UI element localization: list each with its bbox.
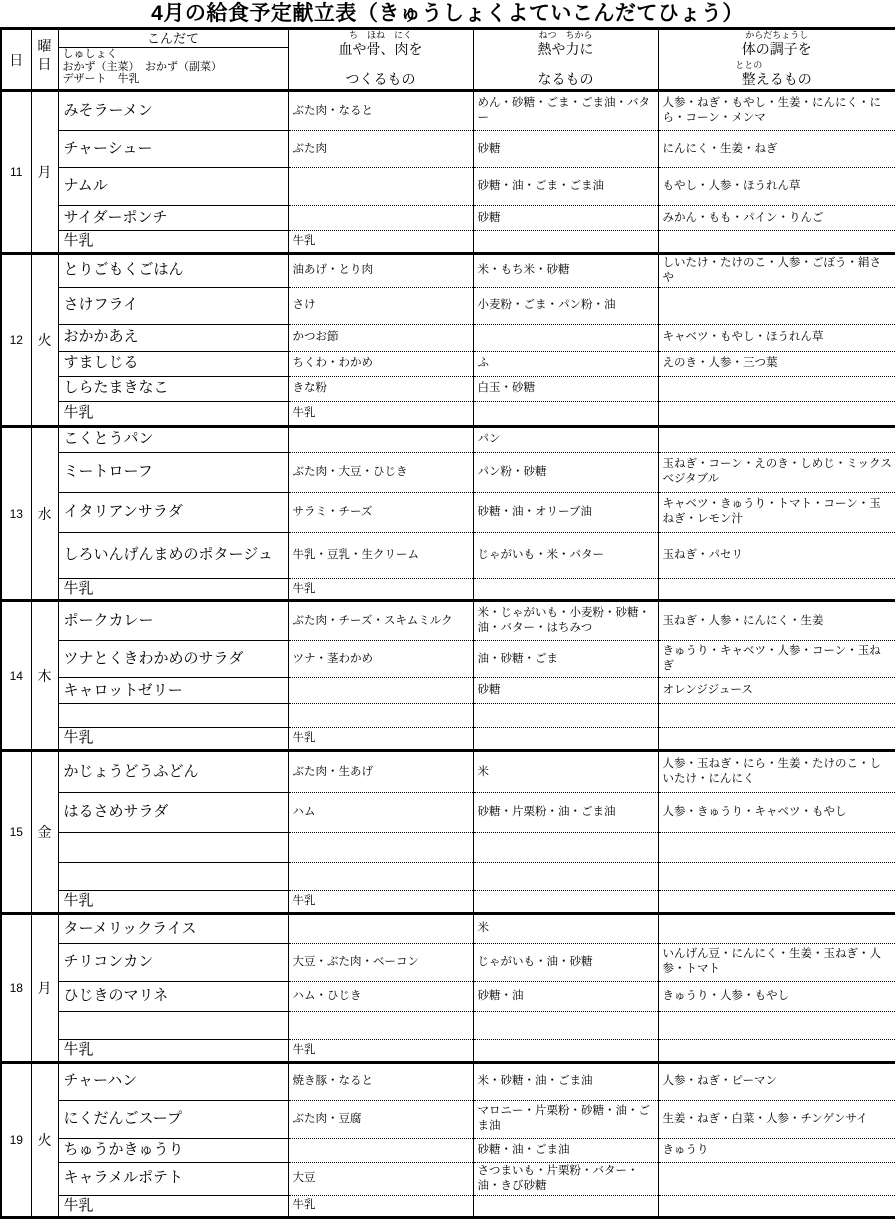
page-title: 4月の給食予定献立表（きゅうしょくよていこんだてひょう）: [0, 0, 895, 27]
menu-cell: とりごもくごはん: [58, 253, 288, 287]
menu-cell: [58, 863, 288, 891]
protein-cell: [288, 206, 473, 231]
energy-cell: 砂糖・油・オリーブ油: [473, 492, 658, 532]
menu-cell: キャラメルポテト: [58, 1162, 288, 1195]
menu-cell: イタリアンサラダ: [58, 492, 288, 532]
day-cell: 19: [1, 1062, 31, 1218]
vegetable-cell: きゅうり・人参・もやし: [658, 981, 895, 1011]
menu-cell: [58, 704, 288, 728]
vegetable-cell: しいたけ・たけのこ・人参・ごぼう・絹さや: [658, 253, 895, 287]
menu-table-body: 11月みそラーメンぶた肉・なるとめん・砂糖・ごま・ごま油・バター人参・ねぎ・もや…: [1, 91, 895, 1218]
menu-cell: さけフライ: [58, 287, 288, 324]
header-row: 日 曜日 こんだて しゅしょく おかず（主菜） おかず（副菜） デザート 牛乳: [1, 29, 895, 91]
vegetable-cell: [658, 1039, 895, 1062]
menu-cell: 牛乳: [58, 401, 288, 426]
menu-cell: ミートローフ: [58, 452, 288, 492]
energy-cell: パン: [473, 426, 658, 452]
weekday-cell: 水: [31, 426, 58, 601]
table-row: 牛乳牛乳: [1, 728, 895, 751]
menu-cell: チャーハン: [58, 1062, 288, 1100]
menu-cell: しろいんげんまめのポタージュ: [58, 532, 288, 578]
energy-cell: マロニー・片栗粉・砂糖・油・ごま油: [473, 1100, 658, 1138]
table-row: 18月ターメリックライス米: [1, 913, 895, 943]
menu-cell: チャーシュー: [58, 131, 288, 168]
protein-cell: ツナ・茎わかめ: [288, 641, 473, 678]
vegetable-cell: [658, 376, 895, 401]
table-row: サイダーポンチ砂糖みかん・もも・パイン・りんご: [1, 206, 895, 231]
protein-cell: 牛乳: [288, 1195, 473, 1218]
menu-cell: キャロットゼリー: [58, 678, 288, 704]
energy-cell: [473, 401, 658, 426]
vegetable-cell: 生姜・ねぎ・白菜・人参・チンゲンサイ: [658, 1100, 895, 1138]
menu-cell: ナムル: [58, 168, 288, 206]
table-row: はるさめサラダハム砂糖・片栗粉・油・ごま油人参・きゅうり・キャベツ・もやし: [1, 793, 895, 833]
energy-cell: [473, 324, 658, 351]
menu-cell: みそラーメン: [58, 91, 288, 131]
header-day: 日: [1, 29, 31, 91]
protein-cell: サラミ・チーズ: [288, 492, 473, 532]
header-menu-title: こんだて: [59, 30, 288, 48]
protein-cell: [288, 168, 473, 206]
table-row: 牛乳牛乳: [1, 231, 895, 254]
header-weekday-label: 曜日: [36, 30, 52, 73]
table-row: 牛乳牛乳: [1, 1039, 895, 1062]
menu-cell: ツナとくきわかめのサラダ: [58, 641, 288, 678]
energy-cell: じゃがいも・米・バター: [473, 532, 658, 578]
menu-cell: しらたまきなこ: [58, 376, 288, 401]
protein-cell: 牛乳: [288, 1039, 473, 1062]
table-row: ちゅうかきゅうり砂糖・油・ごま油きゅうり: [1, 1138, 895, 1162]
header-menu-sub-dessert: デザート 牛乳: [63, 73, 288, 86]
table-row: キャロットゼリー砂糖オレンジジュース: [1, 678, 895, 704]
protein-cell: ハム: [288, 793, 473, 833]
header-vegetable-line1: 体の調子を: [659, 41, 895, 57]
table-row: ナムル砂糖・油・ごま・ごま油もやし・人参・ほうれん草: [1, 168, 895, 206]
table-row: 牛乳牛乳: [1, 578, 895, 601]
protein-cell: ぶた肉・生あげ: [288, 751, 473, 793]
protein-cell: 油あげ・とり肉: [288, 253, 473, 287]
menu-cell: ターメリックライス: [58, 913, 288, 943]
table-row: 13水こくとうパンパン: [1, 426, 895, 452]
energy-cell: ふ: [473, 351, 658, 376]
vegetable-cell: [658, 1162, 895, 1195]
table-row: さけフライさけ小麦粉・ごま・パン粉・油: [1, 287, 895, 324]
energy-cell: 砂糖・油・ごま油: [473, 1138, 658, 1162]
protein-cell: ぶた肉: [288, 131, 473, 168]
header-vegetable-line2: 整えるもの: [659, 71, 895, 87]
energy-cell: [473, 891, 658, 914]
table-row: チリコンカン大豆・ぶた肉・ベーコンじゃがいも・油・砂糖いんげん豆・にんにく・生姜…: [1, 943, 895, 981]
vegetable-cell: 人参・ねぎ・もやし・生姜・にんにく・にら・コーン・メンマ: [658, 91, 895, 131]
vegetable-cell: [658, 231, 895, 254]
header-vegetable-furigana2: ととの: [658, 61, 867, 71]
protein-cell: ぶた肉・豆腐: [288, 1100, 473, 1138]
vegetable-cell: [658, 891, 895, 914]
energy-cell: 小麦粉・ごま・パン粉・油: [473, 287, 658, 324]
menu-cell: 牛乳: [58, 231, 288, 254]
vegetable-cell: 人参・きゅうり・キャベツ・もやし: [658, 793, 895, 833]
menu-cell: サイダーポンチ: [58, 206, 288, 231]
table-row: [1, 1011, 895, 1039]
vegetable-cell: きゅうり・キャベツ・人参・コーン・玉ねぎ: [658, 641, 895, 678]
protein-cell: [288, 1011, 473, 1039]
table-row: [1, 704, 895, 728]
table-row: 11月みそラーメンぶた肉・なるとめん・砂糖・ごま・ごま油・バター人参・ねぎ・もや…: [1, 91, 895, 131]
energy-cell: [473, 578, 658, 601]
protein-cell: ぶた肉・大豆・ひじき: [288, 452, 473, 492]
energy-cell: パン粉・砂糖: [473, 452, 658, 492]
header-energy-line1: 熱や力に: [474, 41, 658, 57]
protein-cell: [288, 704, 473, 728]
table-row: にくだんごスープぶた肉・豆腐マロニー・片栗粉・砂糖・油・ごま油生姜・ねぎ・白菜・…: [1, 1100, 895, 1138]
weekday-cell: 火: [31, 253, 58, 426]
weekday-cell: 金: [31, 751, 58, 914]
vegetable-cell: [658, 1011, 895, 1039]
protein-cell: 牛乳: [288, 231, 473, 254]
energy-cell: 砂糖: [473, 131, 658, 168]
protein-cell: 牛乳: [288, 728, 473, 751]
vegetable-cell: 玉ねぎ・パセリ: [658, 532, 895, 578]
menu-cell: [58, 833, 288, 863]
protein-cell: 牛乳・豆乳・生クリーム: [288, 532, 473, 578]
energy-cell: [473, 231, 658, 254]
energy-cell: さつまいも・片栗粉・バター・油・きび砂糖: [473, 1162, 658, 1195]
energy-cell: [473, 704, 658, 728]
menu-cell: おかかあえ: [58, 324, 288, 351]
vegetable-cell: みかん・もも・パイン・りんご: [658, 206, 895, 231]
vegetable-cell: [658, 833, 895, 863]
weekday-cell: 月: [31, 913, 58, 1062]
protein-cell: [288, 833, 473, 863]
header-energy-furigana: ねつ ちから: [474, 31, 658, 41]
vegetable-cell: 人参・玉ねぎ・にら・生姜・たけのこ・しいたけ・にんにく: [658, 751, 895, 793]
vegetable-cell: [658, 426, 895, 452]
day-cell: 13: [1, 426, 31, 601]
table-header: 日 曜日 こんだて しゅしょく おかず（主菜） おかず（副菜） デザート 牛乳: [1, 29, 895, 91]
protein-cell: ちくわ・わかめ: [288, 351, 473, 376]
energy-cell: 米・じゃがいも・小麦粉・砂糖・油・バター・はちみつ: [473, 601, 658, 641]
table-row: すましじるちくわ・わかめふえのき・人参・三つ葉: [1, 351, 895, 376]
energy-cell: [473, 728, 658, 751]
weekday-cell: 月: [31, 91, 58, 254]
protein-cell: きな粉: [288, 376, 473, 401]
energy-cell: 砂糖・油・ごま・ごま油: [473, 168, 658, 206]
energy-cell: 砂糖: [473, 678, 658, 704]
menu-table: 日 曜日 こんだて しゅしょく おかず（主菜） おかず（副菜） デザート 牛乳: [0, 27, 895, 1219]
menu-cell: 牛乳: [58, 1039, 288, 1062]
energy-cell: [473, 1195, 658, 1218]
table-row: [1, 833, 895, 863]
vegetable-cell: えのき・人参・三つ葉: [658, 351, 895, 376]
table-row: 19火チャーハン焼き豚・なると米・砂糖・油・ごま油人参・ねぎ・ピーマン: [1, 1062, 895, 1100]
vegetable-cell: [658, 287, 895, 324]
table-row: しらたまきなこきな粉白玉・砂糖: [1, 376, 895, 401]
vegetable-cell: [658, 704, 895, 728]
header-menu: こんだて しゅしょく おかず（主菜） おかず（副菜） デザート 牛乳: [58, 29, 288, 91]
menu-cell: すましじる: [58, 351, 288, 376]
table-row: 牛乳牛乳: [1, 1195, 895, 1218]
table-row: 14木ポークカレーぶた肉・チーズ・スキムミルク米・じゃがいも・小麦粉・砂糖・油・…: [1, 601, 895, 641]
protein-cell: [288, 863, 473, 891]
energy-cell: 米・砂糖・油・ごま油: [473, 1062, 658, 1100]
protein-cell: [288, 678, 473, 704]
protein-cell: 大豆: [288, 1162, 473, 1195]
vegetable-cell: きゅうり: [658, 1138, 895, 1162]
protein-cell: ハム・ひじき: [288, 981, 473, 1011]
table-row: イタリアンサラダサラミ・チーズ砂糖・油・オリーブ油キャベツ・きゅうり・トマト・コ…: [1, 492, 895, 532]
day-cell: 15: [1, 751, 31, 914]
day-cell: 12: [1, 253, 31, 426]
energy-cell: 米: [473, 751, 658, 793]
menu-cell: 牛乳: [58, 1195, 288, 1218]
header-energy-line2: なるもの: [474, 71, 658, 87]
day-cell: 11: [1, 91, 31, 254]
energy-cell: 砂糖・油: [473, 981, 658, 1011]
protein-cell: ぶた肉・なると: [288, 91, 473, 131]
day-cell: 14: [1, 601, 31, 751]
header-energy: ねつ ちから 熱や力に なるもの: [473, 29, 658, 91]
menu-cell: ちゅうかきゅうり: [58, 1138, 288, 1162]
energy-cell: [473, 833, 658, 863]
menu-cell: チリコンカン: [58, 943, 288, 981]
energy-cell: [473, 1011, 658, 1039]
protein-cell: [288, 426, 473, 452]
header-vegetable: からだちょうし 体の調子を ととの 整えるもの: [658, 29, 895, 91]
header-menu-sub-okazu: おかず（主菜） おかず（副菜）: [63, 61, 288, 74]
energy-cell: めん・砂糖・ごま・ごま油・バター: [473, 91, 658, 131]
energy-cell: [473, 863, 658, 891]
protein-cell: かつお節: [288, 324, 473, 351]
protein-cell: 牛乳: [288, 578, 473, 601]
vegetable-cell: [658, 728, 895, 751]
protein-cell: [288, 1138, 473, 1162]
vegetable-cell: 玉ねぎ・コーン・えのき・しめじ・ミックスベジタブル: [658, 452, 895, 492]
table-row: しろいんげんまめのポタージュ牛乳・豆乳・生クリームじゃがいも・米・バター玉ねぎ・…: [1, 532, 895, 578]
table-row: 牛乳牛乳: [1, 401, 895, 426]
table-row: ミートローフぶた肉・大豆・ひじきパン粉・砂糖玉ねぎ・コーン・えのき・しめじ・ミッ…: [1, 452, 895, 492]
vegetable-cell: [658, 1195, 895, 1218]
energy-cell: じゃがいも・油・砂糖: [473, 943, 658, 981]
header-menu-sub-staple: しゅしょく: [63, 48, 288, 61]
weekday-cell: 火: [31, 1062, 58, 1218]
header-protein-furigana: ち ほね にく: [289, 31, 473, 41]
vegetable-cell: [658, 401, 895, 426]
protein-cell: ぶた肉・チーズ・スキムミルク: [288, 601, 473, 641]
table-row: チャーシューぶた肉砂糖にんにく・生姜・ねぎ: [1, 131, 895, 168]
table-row: キャラメルポテト大豆さつまいも・片栗粉・バター・油・きび砂糖: [1, 1162, 895, 1195]
header-protein: ち ほね にく 血や骨、肉を つくるもの: [288, 29, 473, 91]
table-row: 12火とりごもくごはん油あげ・とり肉米・もち米・砂糖しいたけ・たけのこ・人参・ご…: [1, 253, 895, 287]
table-row: ツナとくきわかめのサラダツナ・茎わかめ油・砂糖・ごまきゅうり・キャベツ・人参・コ…: [1, 641, 895, 678]
vegetable-cell: [658, 863, 895, 891]
vegetable-cell: もやし・人参・ほうれん草: [658, 168, 895, 206]
vegetable-cell: [658, 913, 895, 943]
menu-cell: 牛乳: [58, 728, 288, 751]
energy-cell: 砂糖: [473, 206, 658, 231]
table-row: ひじきのマリネハム・ひじき砂糖・油きゅうり・人参・もやし: [1, 981, 895, 1011]
menu-cell: [58, 1011, 288, 1039]
table-row: 15金かじょうどうふどんぶた肉・生あげ米人参・玉ねぎ・にら・生姜・たけのこ・しい…: [1, 751, 895, 793]
menu-cell: ポークカレー: [58, 601, 288, 641]
header-protein-line1: 血や骨、肉を: [289, 41, 473, 57]
energy-cell: 油・砂糖・ごま: [473, 641, 658, 678]
menu-cell: はるさめサラダ: [58, 793, 288, 833]
protein-cell: [288, 913, 473, 943]
menu-cell: 牛乳: [58, 891, 288, 914]
energy-cell: [473, 1039, 658, 1062]
table-row: おかかあえかつお節キャベツ・もやし・ほうれん草: [1, 324, 895, 351]
header-weekday: 曜日: [31, 29, 58, 91]
protein-cell: さけ: [288, 287, 473, 324]
header-protein-line2: つくるもの: [289, 71, 473, 87]
vegetable-cell: いんげん豆・にんにく・生姜・玉ねぎ・人参・トマト: [658, 943, 895, 981]
menu-cell: ひじきのマリネ: [58, 981, 288, 1011]
lunch-menu-page: 4月の給食予定献立表（きゅうしょくよていこんだてひょう） 日 曜日 こんだて: [0, 0, 895, 1219]
vegetable-cell: [658, 578, 895, 601]
vegetable-cell: キャベツ・きゅうり・トマト・コーン・玉ねぎ・レモン汁: [658, 492, 895, 532]
energy-cell: 砂糖・片栗粉・油・ごま油: [473, 793, 658, 833]
protein-cell: 大豆・ぶた肉・ベーコン: [288, 943, 473, 981]
vegetable-cell: にんにく・生姜・ねぎ: [658, 131, 895, 168]
protein-cell: 牛乳: [288, 891, 473, 914]
menu-cell: こくとうパン: [58, 426, 288, 452]
vegetable-cell: オレンジジュース: [658, 678, 895, 704]
menu-cell: にくだんごスープ: [58, 1100, 288, 1138]
header-vegetable-furigana: からだちょうし: [659, 31, 895, 41]
table-row: [1, 863, 895, 891]
energy-cell: 白玉・砂糖: [473, 376, 658, 401]
day-cell: 18: [1, 913, 31, 1062]
protein-cell: 牛乳: [288, 401, 473, 426]
energy-cell: 米: [473, 913, 658, 943]
vegetable-cell: キャベツ・もやし・ほうれん草: [658, 324, 895, 351]
menu-cell: 牛乳: [58, 578, 288, 601]
energy-cell: 米・もち米・砂糖: [473, 253, 658, 287]
protein-cell: 焼き豚・なると: [288, 1062, 473, 1100]
vegetable-cell: 人参・ねぎ・ピーマン: [658, 1062, 895, 1100]
table-row: 牛乳牛乳: [1, 891, 895, 914]
menu-cell: かじょうどうふどん: [58, 751, 288, 793]
vegetable-cell: 玉ねぎ・人参・にんにく・生姜: [658, 601, 895, 641]
weekday-cell: 木: [31, 601, 58, 751]
